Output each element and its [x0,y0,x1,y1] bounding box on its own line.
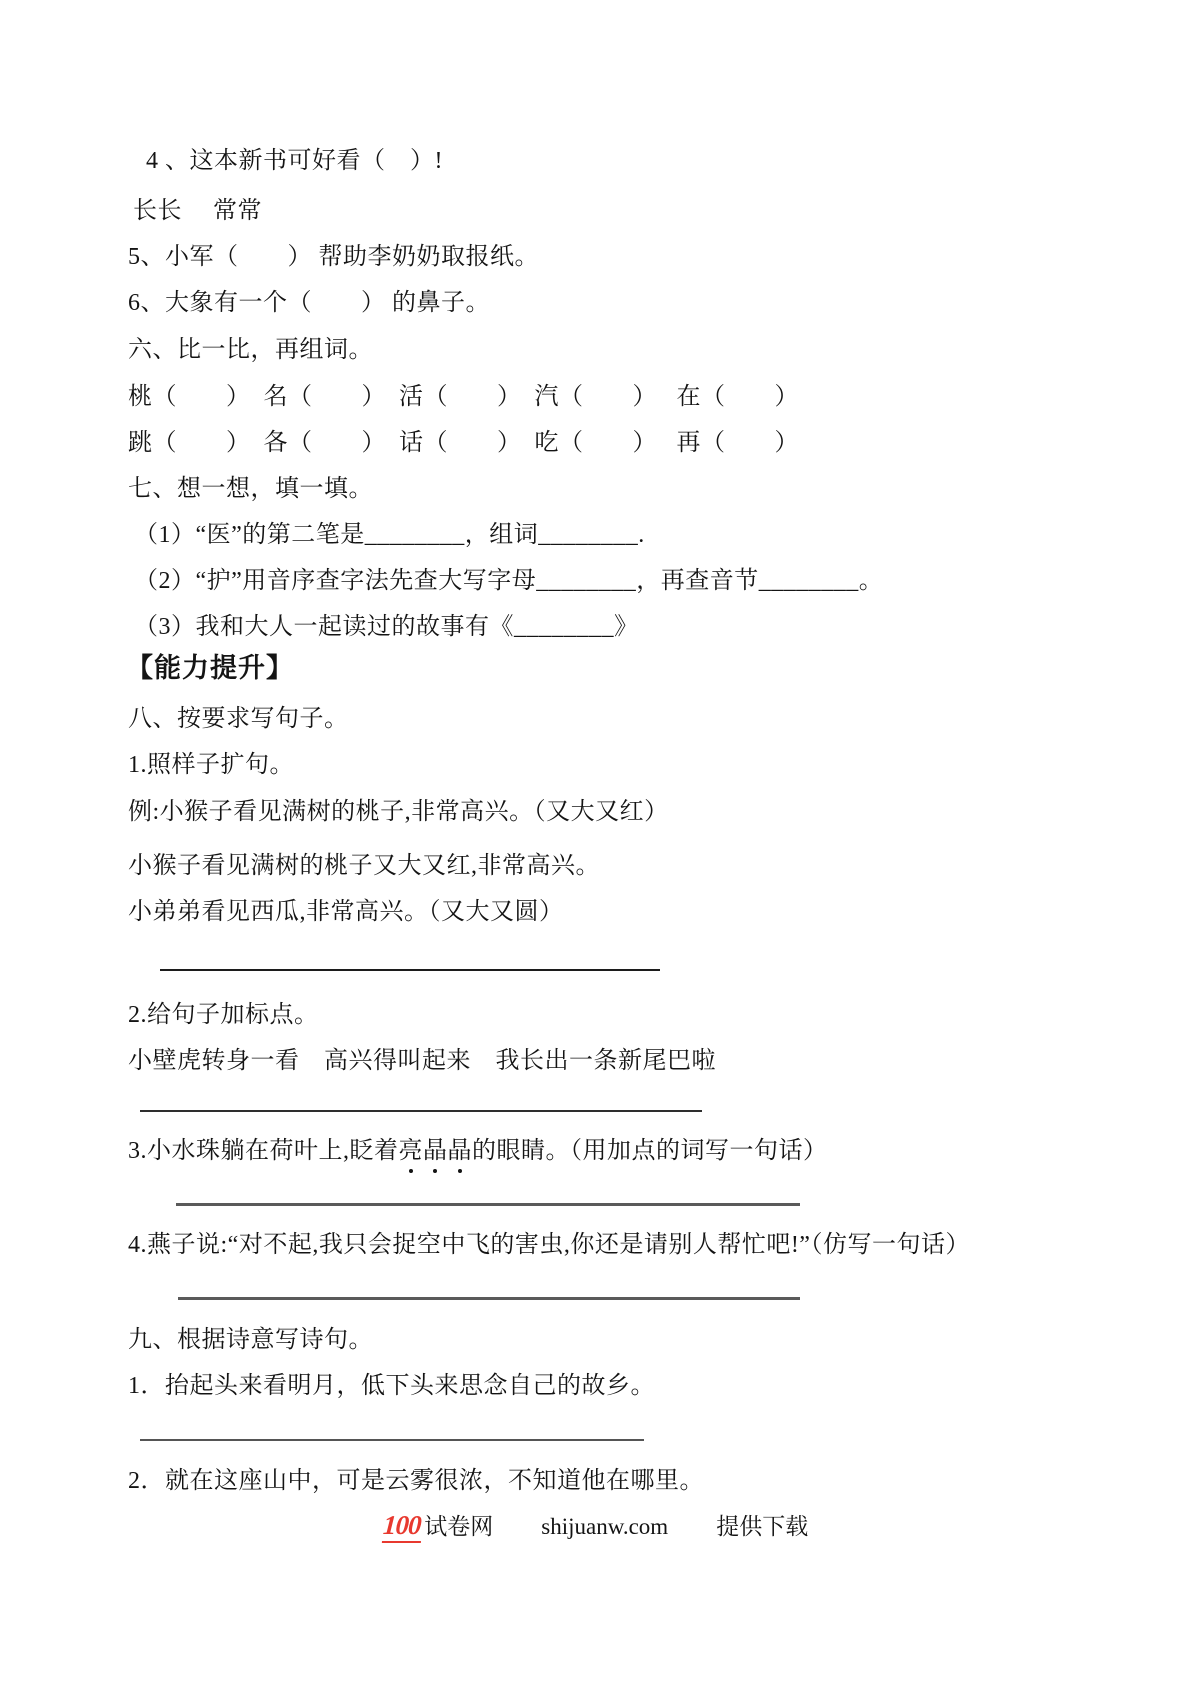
section-seven-item-3: （3）我和大人一起读过的故事有《________》 [134,612,639,642]
sentence-suffix: 的眼睛。（用加点的词写一句话） [472,1138,828,1164]
word-bank: 长长 常常 [133,196,262,226]
word-compare-row-1: 桃（ ） 名（ ） 活（ ） 汽（ ） 在（ ） [128,382,799,412]
worksheet-page: 4 、这本新书可好看（ ）! 长长 常常 5、小军（ ） 帮助李奶奶取报纸。 6… [0,0,1191,1684]
answer-line [176,1203,800,1206]
footer: 100试卷网 shijuanw.com 提供下载 [0,1508,1191,1543]
ability-section-header: 【能力提升】 [126,652,294,686]
question-5: 5、小军（ ） 帮助李奶奶取报纸。 [128,242,539,272]
section-eight-sub1-title: 1.照样子扩句。 [128,750,294,780]
question-4: 4 、这本新书可好看（ ）! [146,146,443,176]
answer-line [178,1297,800,1300]
emphasized-word: 亮晶晶 [399,1138,473,1164]
logo-site-name: 试卷网 [424,1508,493,1541]
expand-sentence-example: 例:小猴子看见满树的桃子,非常高兴。（又大又红） [128,797,669,827]
section-seven-item-2: （2）“护”用音序查字法先查大写字母________，再查音节________。 [134,566,883,596]
water-drop-sentence: 3.小水珠躺在荷叶上,眨着亮晶晶的眼睛。（用加点的词写一句话） [128,1136,828,1166]
swallow-sentence: 4.燕子说:“对不起,我只会捉空中飞的害虫,你还是请别人帮忙吧!”（仿写一句话） [128,1230,970,1260]
answer-line [140,1110,702,1112]
poem-meaning-2: 2．就在这座山中，可是云雾很浓，不知道他在哪里。 [128,1466,704,1496]
section-eight-title: 八、按要求写句子。 [128,704,349,734]
punctuation-exercise: 小壁虎转身一看 高兴得叫起来 我长出一条新尾巴啦 [128,1046,716,1076]
section-eight-sub2-title: 2.给句子加标点。 [128,1000,319,1030]
expand-sentence-example-answer: 小猴子看见满树的桃子又大又红,非常高兴。 [128,851,600,881]
word-compare-row-2: 跳（ ） 各（ ） 话（ ） 吃（ ） 再（ ） [128,428,799,458]
sentence-prefix: 3.小水珠躺在荷叶上,眨着 [128,1138,399,1164]
logo-100-mark: 100 [382,1510,423,1543]
question-6: 6、大象有一个（ ） 的鼻子。 [128,288,490,318]
expand-sentence-exercise: 小弟弟看见西瓜,非常高兴。（又大又圆） [128,897,564,927]
answer-line [160,969,660,971]
section-seven-title: 七、想一想，填一填。 [128,474,373,504]
poem-meaning-1: 1．抬起头来看明月，低下头来思念自己的故乡。 [128,1371,655,1401]
footer-domain: shijuanw.com [541,1514,668,1540]
shijuanw-logo: 100试卷网 [383,1508,494,1543]
footer-download-label: 提供下载 [716,1508,808,1541]
section-nine-title: 九、根据诗意写诗句。 [128,1325,373,1355]
section-seven-item-1: （1）“医”的第二笔是________，组词________. [134,520,645,550]
section-six-title: 六、比一比，再组词。 [128,335,373,365]
answer-line [140,1439,644,1441]
